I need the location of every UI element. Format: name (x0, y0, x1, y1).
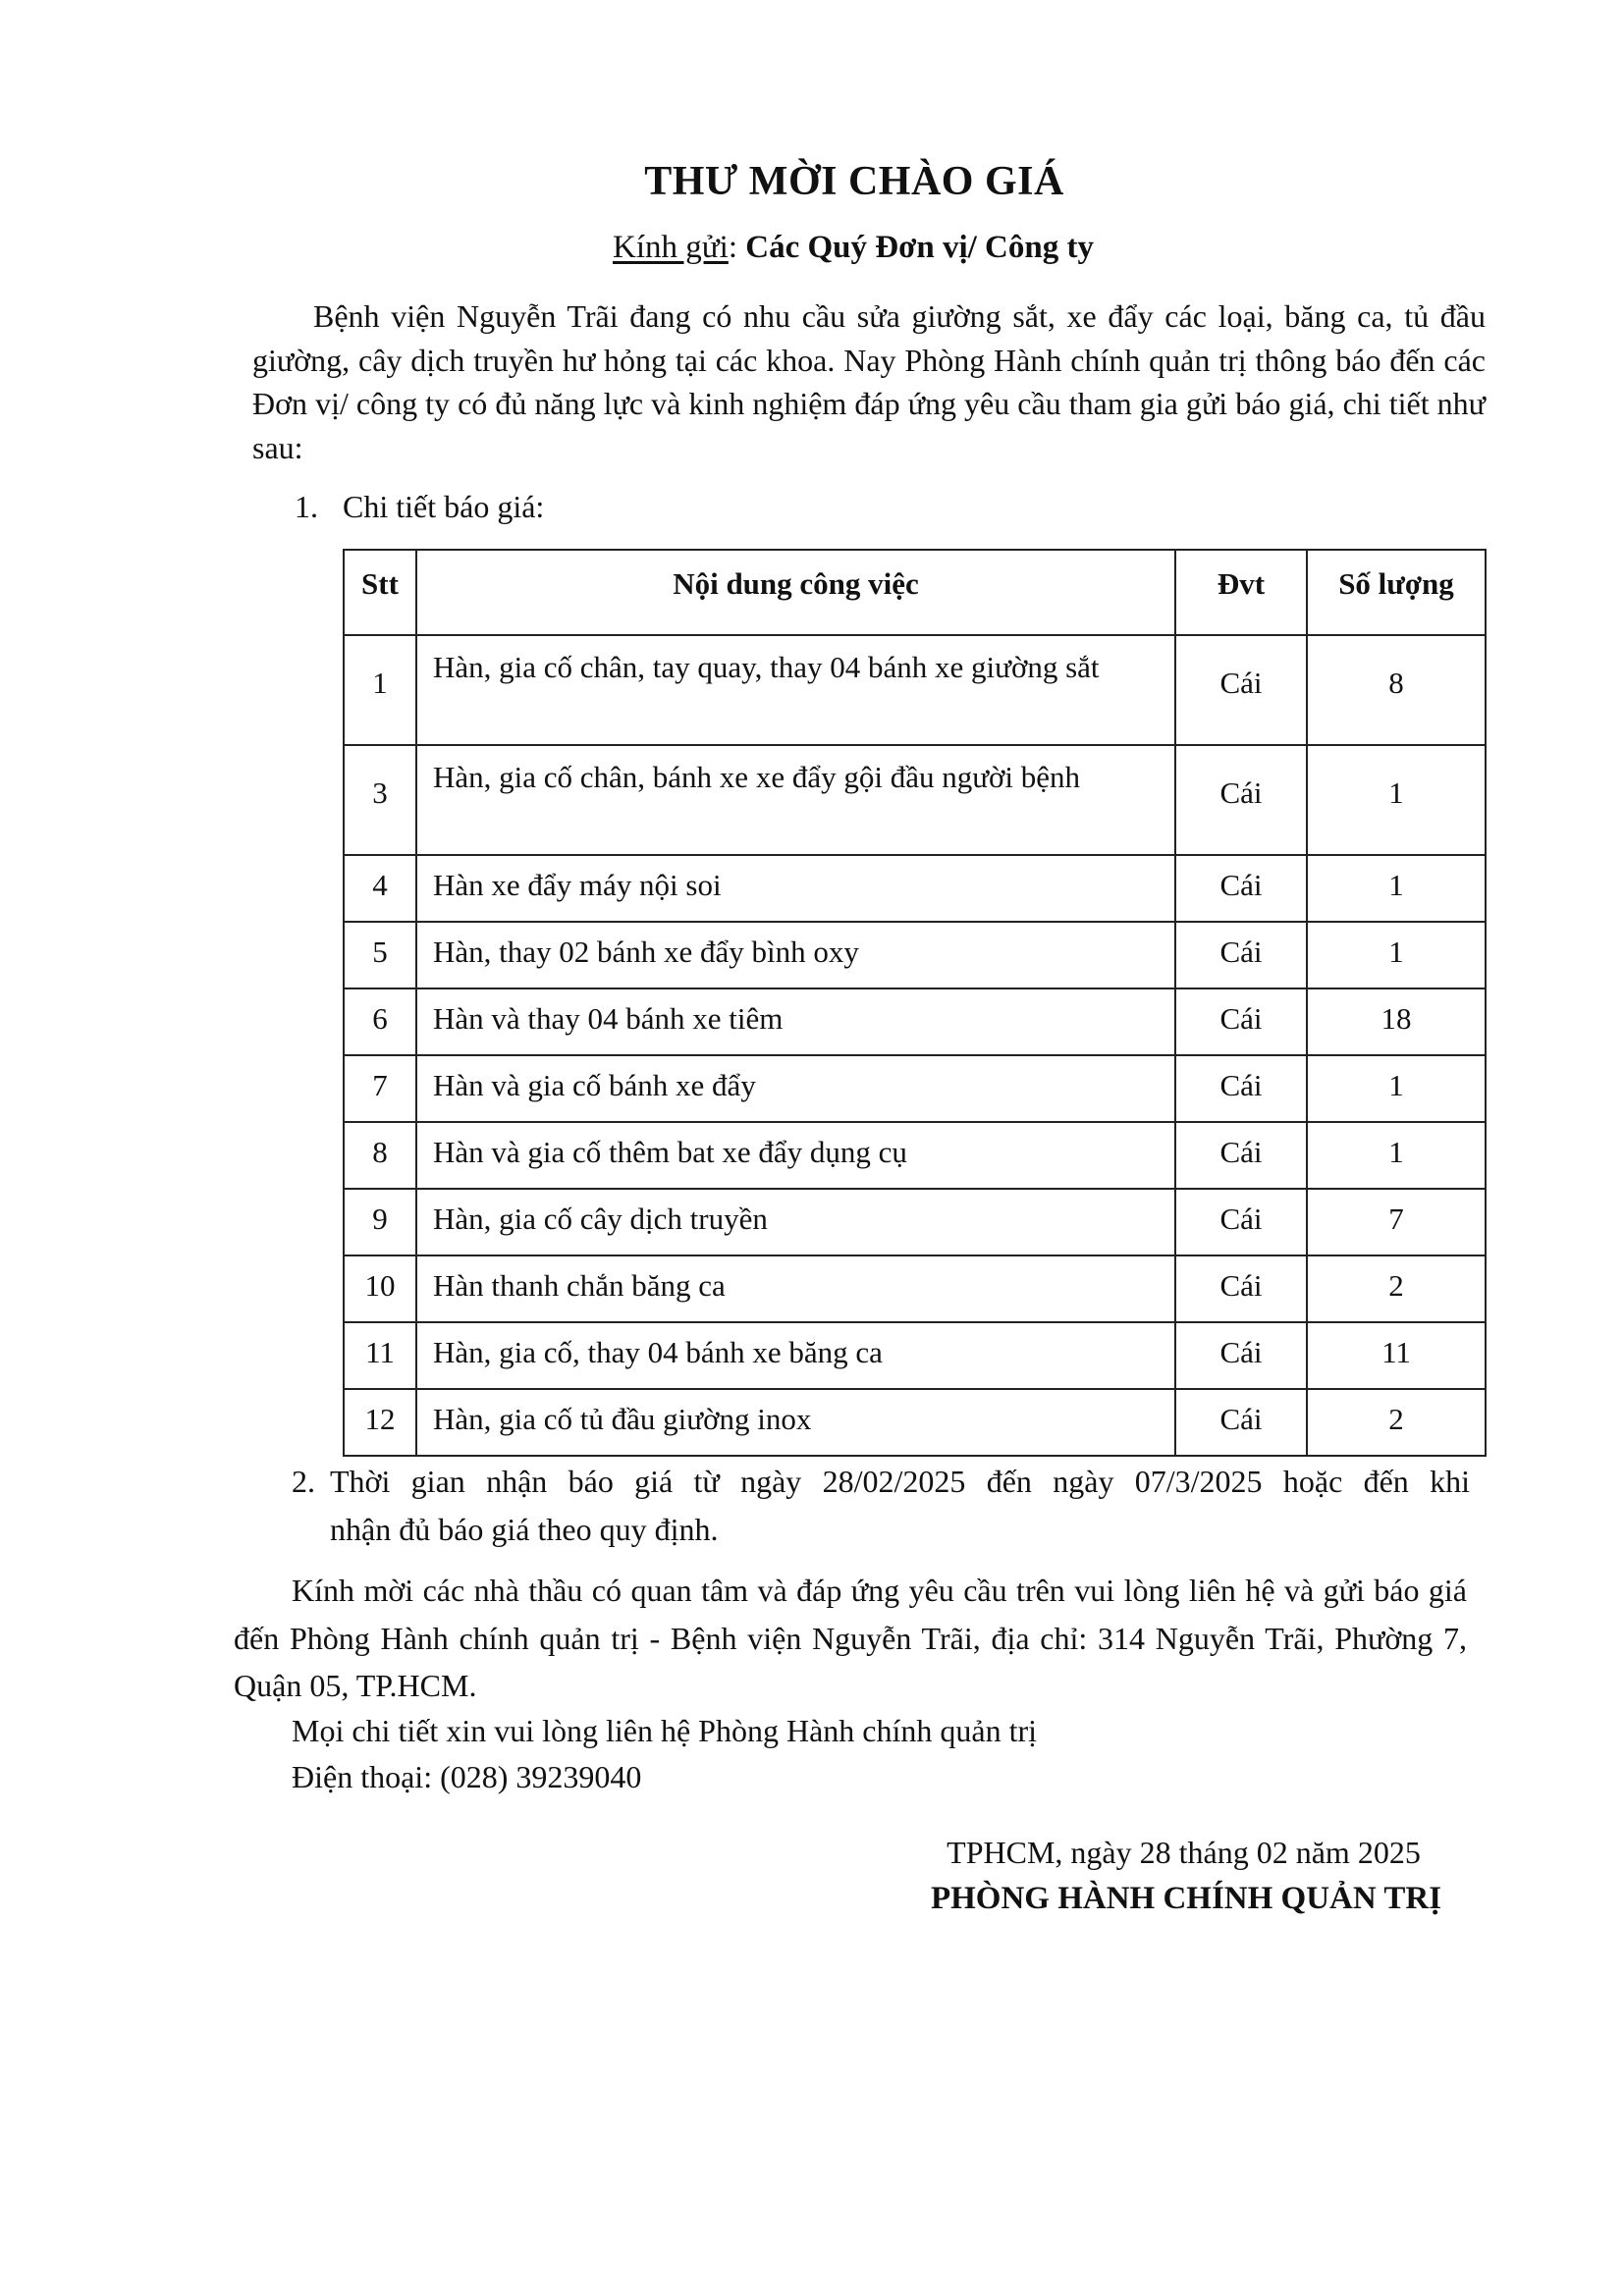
cell-content: Hàn và gia cố bánh xe đẩy (416, 1055, 1175, 1122)
cell-quantity: 1 (1307, 855, 1486, 922)
cell-content: Hàn xe đẩy máy nội soi (416, 855, 1175, 922)
cell-quantity: 1 (1307, 1055, 1486, 1122)
table-row: 9Hàn, gia cố cây dịch truyềnCái7 (344, 1189, 1486, 1255)
table-row: 10Hàn thanh chắn băng caCái2 (344, 1255, 1486, 1322)
list-item-number: 1. (295, 485, 343, 528)
cell-stt: 5 (344, 922, 416, 988)
salutation-label: Kính gửi (613, 230, 729, 265)
cell-quantity: 18 (1307, 988, 1486, 1055)
cell-quantity: 1 (1307, 745, 1486, 855)
table-row: 5Hàn, thay 02 bánh xe đẩy bình oxyCái1 (344, 922, 1486, 988)
cell-quantity: 8 (1307, 635, 1486, 745)
cell-content: Hàn, gia cố tủ đầu giường inox (416, 1389, 1175, 1456)
list-item-text: Chi tiết báo giá: (343, 489, 544, 524)
cell-quantity: 2 (1307, 1389, 1486, 1456)
signature-department: PHÒNG HÀNH CHÍNH QUẢN TRỊ (901, 1877, 1471, 1920)
phone-line: Điện thoại: (028) 39239040 (292, 1754, 641, 1799)
cell-unit: Cái (1175, 1189, 1307, 1255)
cell-content: Hàn thanh chắn băng ca (416, 1255, 1175, 1322)
cell-stt: 12 (344, 1389, 416, 1456)
cell-stt: 11 (344, 1322, 416, 1389)
header-unit: Đvt (1175, 550, 1307, 635)
signature-place-date: TPHCM, ngày 28 tháng 02 năm 2025 (921, 1831, 1446, 1874)
cell-stt: 10 (344, 1255, 416, 1322)
cell-stt: 3 (344, 745, 416, 855)
cell-unit: Cái (1175, 635, 1307, 745)
cell-content: Hàn và gia cố thêm bat xe đẩy dụng cụ (416, 1122, 1175, 1189)
table-row: 12Hàn, gia cố tủ đầu giường inoxCái2 (344, 1389, 1486, 1456)
cell-unit: Cái (1175, 745, 1307, 855)
cell-unit: Cái (1175, 1322, 1307, 1389)
cell-stt: 7 (344, 1055, 416, 1122)
cell-content: Hàn, gia cố, thay 04 bánh xe băng ca (416, 1322, 1175, 1389)
table-row: 1Hàn, gia cố chân, tay quay, thay 04 bán… (344, 635, 1486, 745)
header-content: Nội dung công việc (416, 550, 1175, 635)
cell-quantity: 7 (1307, 1189, 1486, 1255)
cell-stt: 9 (344, 1189, 416, 1255)
intro-paragraph: Bệnh viện Nguyễn Trãi đang có nhu cầu sử… (252, 294, 1486, 470)
quote-table: Stt Nội dung công việc Đvt Số lượng 1Hàn… (343, 549, 1487, 1457)
table-row: 3Hàn, gia cố chân, bánh xe xe đẩy gội đầ… (344, 745, 1486, 855)
list-item-text-line2: nhận đủ báo giá theo quy định. (330, 1512, 718, 1547)
contact-line: Mọi chi tiết xin vui lòng liên hệ Phòng … (292, 1708, 1037, 1753)
closing-paragraph: Kính mời các nhà thầu có quan tâm và đáp… (234, 1567, 1467, 1710)
table-row: 4Hàn xe đẩy máy nội soiCái1 (344, 855, 1486, 922)
salutation-recipient: Các Quý Đơn vị/ Công ty (745, 230, 1094, 265)
document-title: THƯ MỜI CHÀO GIÁ (0, 157, 1624, 206)
cell-stt: 4 (344, 855, 416, 922)
table-row: 8Hàn và gia cố thêm bat xe đẩy dụng cụCá… (344, 1122, 1486, 1189)
cell-unit: Cái (1175, 1055, 1307, 1122)
salutation: Kính gửi: Các Quý Đơn vị/ Công ty (0, 228, 1624, 267)
cell-unit: Cái (1175, 855, 1307, 922)
cell-content: Hàn, thay 02 bánh xe đẩy bình oxy (416, 922, 1175, 988)
cell-stt: 6 (344, 988, 416, 1055)
header-quantity: Số lượng (1307, 550, 1486, 635)
salutation-separator: : (729, 230, 745, 265)
cell-content: Hàn và thay 04 bánh xe tiêm (416, 988, 1175, 1055)
list-item-2: 2. Thời gian nhận báo giá từ ngày 28/02/… (292, 1458, 1470, 1554)
cell-stt: 1 (344, 635, 416, 745)
header-stt: Stt (344, 550, 416, 635)
cell-stt: 8 (344, 1122, 416, 1189)
list-item-number: 2. (292, 1458, 315, 1506)
table-body: 1Hàn, gia cố chân, tay quay, thay 04 bán… (344, 635, 1486, 1456)
cell-quantity: 11 (1307, 1322, 1486, 1389)
table-row: 11Hàn, gia cố, thay 04 bánh xe băng caCá… (344, 1322, 1486, 1389)
table-row: 6Hàn và thay 04 bánh xe tiêmCái18 (344, 988, 1486, 1055)
list-item-text-line1: Thời gian nhận báo giá từ ngày 28/02/202… (292, 1458, 1470, 1506)
cell-quantity: 2 (1307, 1255, 1486, 1322)
cell-unit: Cái (1175, 1389, 1307, 1456)
cell-unit: Cái (1175, 922, 1307, 988)
cell-unit: Cái (1175, 988, 1307, 1055)
cell-quantity: 1 (1307, 1122, 1486, 1189)
cell-quantity: 1 (1307, 922, 1486, 988)
cell-content: Hàn, gia cố chân, tay quay, thay 04 bánh… (416, 635, 1175, 745)
list-item-1: 1.Chi tiết báo giá: (295, 485, 544, 528)
cell-unit: Cái (1175, 1255, 1307, 1322)
table-row: 7Hàn và gia cố bánh xe đẩyCái1 (344, 1055, 1486, 1122)
cell-unit: Cái (1175, 1122, 1307, 1189)
cell-content: Hàn, gia cố chân, bánh xe xe đẩy gội đầu… (416, 745, 1175, 855)
cell-content: Hàn, gia cố cây dịch truyền (416, 1189, 1175, 1255)
table-header-row: Stt Nội dung công việc Đvt Số lượng (344, 550, 1486, 635)
